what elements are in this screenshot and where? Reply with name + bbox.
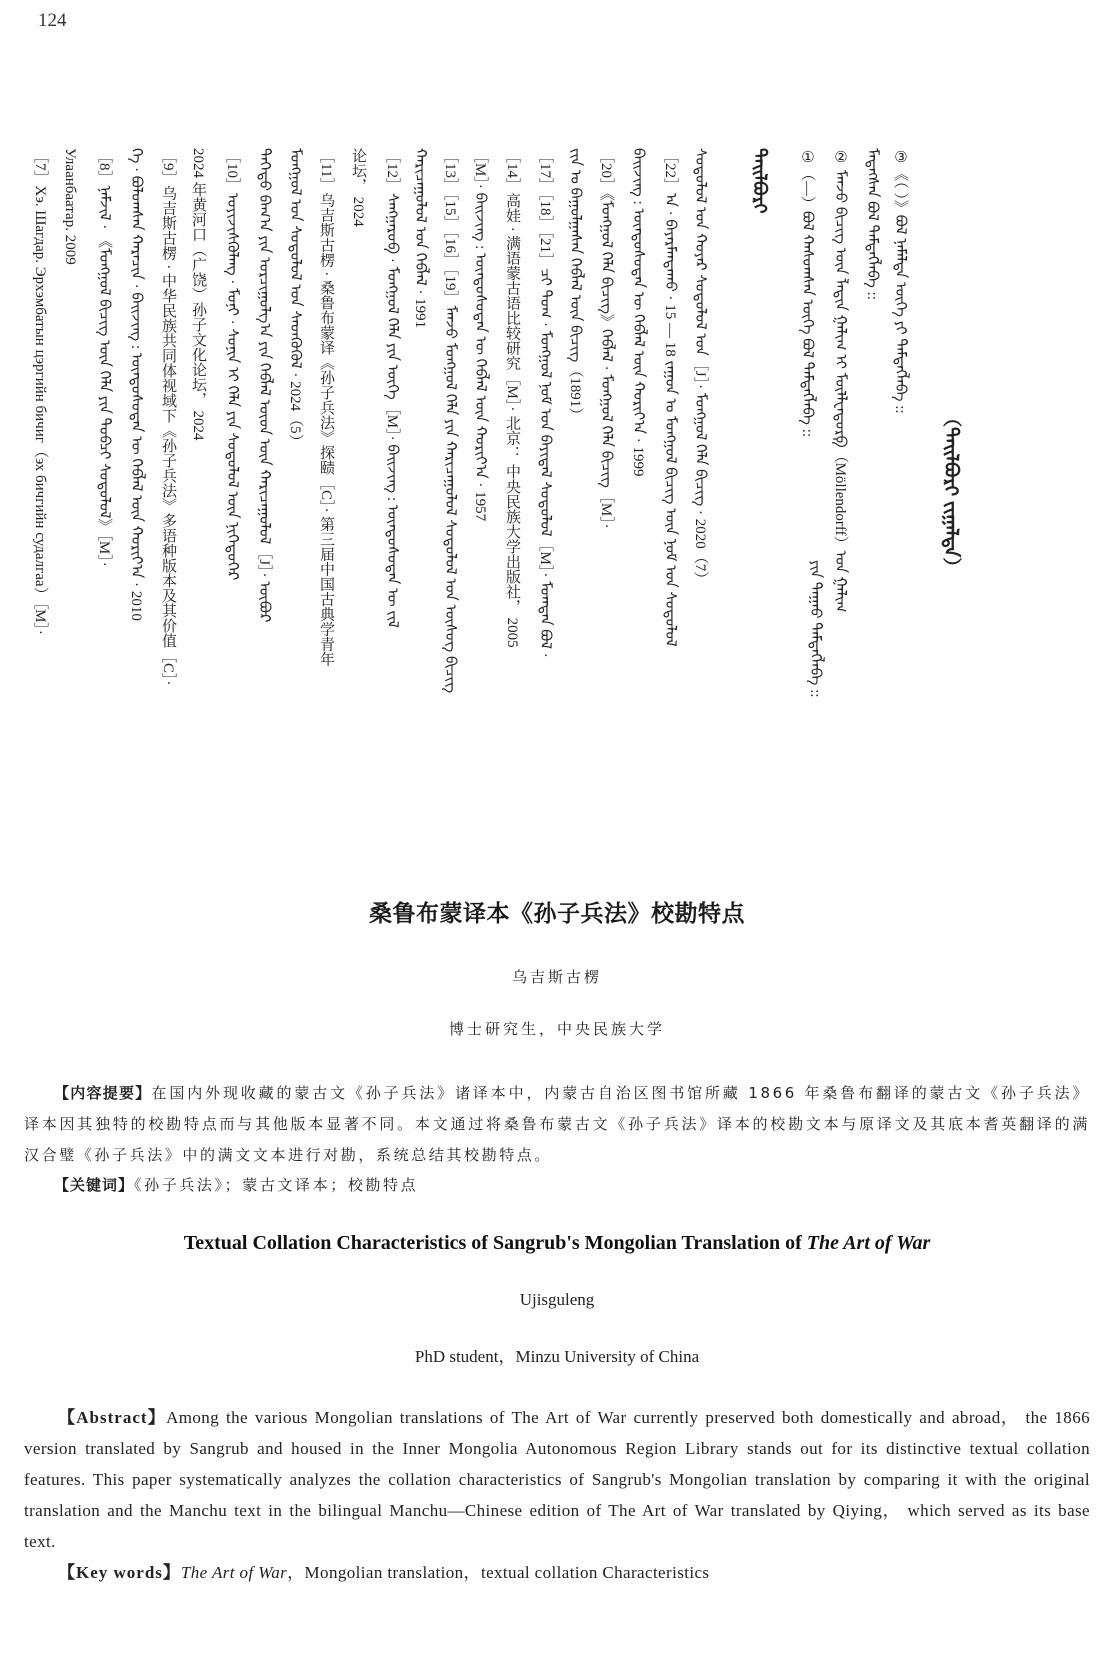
reference-13: ［13］［15］［16］［19］ᠮᠠᠨᠵᠤ ᠮᠣᠩᠭᠣᠯ ᠬᠡᠯᠡ ᠶᠢᠨ ᠬᠠ… (440, 148, 460, 693)
reference-12-line2: ᠬᠠᠷᠢᠴᠠᠭᠤᠯᠤᠯ ᠤᠨ ᠬᠡᠪᠯᠡᠯ · 1991 (410, 148, 430, 328)
notes-heading: ᠲᠠᠢᠯᠪᠤᠷᠢ (750, 148, 770, 214)
reference-20: ［20］《ᠮᠣᠩᠭᠣᠯ ᠬᠡᠯᠡ ᠪᠢᠴᠢᠭ》ᠬᠡᠪᠯᠡᠯ · ᠮᠣᠩᠭᠣᠯ ᠬ… (596, 148, 616, 529)
article-title-english-main: Textual Collation Characteristics of San… (184, 1232, 807, 1254)
reference-7-line2: Улаанбаатар. 2009 (60, 148, 80, 265)
reference-7: ［7］Хэ. Шагдар. Эрхэмбатын цэргийн бичиг（… (30, 148, 50, 635)
reference-22-line1: ᠰᠤᠳᠤᠯᠤᠯ ᠤᠨ ᠬᠣᠶᠠᠷ ᠰᠣᠳᠤᠯᠤᠯ ᠤᠨ［J］· ᠮᠣᠩᠭᠣᠯ ᠬ… (690, 148, 710, 586)
article-title-english-italic: The Art of War (807, 1232, 931, 1254)
section-heading-vertical: （ᠲᠠᠢᠯᠪᠤᠷᠢ ᠵᠢᠭᠠᠯᠲᠠ） (940, 408, 960, 576)
reference-17: ［17］［18］［21］ᠴᠢ ᠲᠤᠭ · ᠮᠣᠩᠭᠣᠯ ᠨᠣᠮ ᠤᠨ ᠪᠠᠶᠢᠳ… (535, 148, 555, 658)
note-2-continued: ᠶᠢᠨ ᠳᠠᠭᠠᠤ ᠲᠡᠮᠳᠡᠭᠯᠡᠪᠡ :: (805, 560, 825, 697)
keywords-label-english: 【Key words】 (58, 1563, 181, 1582)
vertical-references-block: （ᠲᠠᠢᠯᠪᠤᠷᠢ ᠵᠢᠭᠠᠯᠲᠠ） ③《（ ）》ᠪᠣᠯ ᠨᠡᠮᠡᠯᠲᠡ ᠦᠭᠡ… (0, 0, 1114, 840)
reference-8: ［8］ᠨᠠᠮᠵᠢᠯ · 《ᠮᠣᠩᠭᠣᠯ ᠪᠢᠴᠢᠭ ᠦᠨ ᠬᠡᠯᠡ ᠶᠢᠨ ᠲᠣ… (94, 148, 114, 567)
reference-11-line2: 论坛， 2024 (348, 148, 368, 227)
article-title-english: Textual Collation Characteristics of San… (0, 1232, 1114, 1255)
reference-14: ［14］高娃 · 满语蒙古语比较研究［M］· 北京： 中央民族大学出版社， 20… (502, 148, 522, 648)
abstract-text-english: Among the various Mongolian translations… (24, 1408, 1090, 1551)
abstract-text-chinese: 在国内外现收藏的蒙古文《孙子兵法》诸译本中，内蒙古自治区图书馆所藏 1866 年… (24, 1084, 1090, 1164)
reference-22: ［22］ᠠ · ᠪᠠᠶᠠᠷᠮᠠᠨᠳᠠᠬᠤ · 15 — 18 ᠵᠠᠭᠤᠨ ᠤ ᠮ… (660, 148, 680, 647)
abstract-label-chinese: 【内容提要】 (54, 1084, 152, 1102)
note-3-continued: ᠮᠡᠳᠡᠭᠰᠡᠨ ᠪᠣᠯ ᠲᠡᠮᠳᠡᠭᠯᠡᠪᠡ :: (862, 148, 882, 300)
keywords-text-chinese: 《孙子兵法》；蒙古文译本；校勘特点 (134, 1176, 418, 1194)
reference-20-line2: ᠪᠡᠢᠵᠢᠩ : ᠦᠨᠳᠦᠰᠦᠲᠡᠨ ᠦ ᠬᠡᠪᠯᠡᠯ ᠦᠨ ᠬᠣᠷᠢᠶ᠎ᠠ ·… (628, 148, 648, 477)
note-1: ①（—）ᠪᠣᠯ ᠬᠠᠰᠤᠭᠰᠠᠨ ᠦᠭᠡ ᠪᠣᠯ ᠲᠡᠮᠳᠡᠭᠯᠡᠪᠡ :: (797, 148, 817, 437)
author-affiliation-english: PhD student，Minzu University of China (0, 1342, 1114, 1367)
abstract-chinese: 【内容提要】在国内外现收藏的蒙古文《孙子兵法》诸译本中，内蒙古自治区图书馆所藏 … (24, 1078, 1090, 1171)
note-2: ② ᠮᠠᠨᠵᠤ ᠪᠢᠴᠢᠭ ᠦᠨ ᠯᠠᠲᠢᠨ ᠭᠠᠯᠢᠭ ᠢ ᠮᠥᠯᠯᠧᠨᠳᠣᠷ… (830, 148, 850, 612)
reference-11: ［11］乌吉斯古楞 · 桑鲁布蒙译《孙子兵法》探赜［C］· 第三届中国古典学青年 (316, 148, 336, 666)
reference-9: ［9］乌吉斯古楞 · 中华民族共同体视域下《孙子兵法》多语种版本及其价值［C］· (158, 148, 178, 686)
note-3: ③《（ ）》ᠪᠣᠯ ᠨᠡᠮᠡᠯᠲᠡ ᠦᠭᠡ ᠶᠢ ᠲᠡᠮᠳᠡᠭᠯᠡᠪᠡ :: (890, 148, 910, 414)
reference-8-line2: ᠬᠡ · ᠪᠣᠯᠤᠭᠰᠠᠨ ᠬᠠᠷᠠᠴᠢᠨ · ᠪᠡᠢᠵᠢᠩ : ᠦᠨᠳᠦᠰᠦᠲ… (126, 148, 146, 621)
article-title-chinese: 桑鲁布蒙译本《孙子兵法》校勘特点 (0, 895, 1114, 928)
abstract-english: 【Abstract】Among the various Mongolian tr… (24, 1402, 1090, 1557)
reference-12: ［12］ᠰᠠᠩᠭᠠᠷᠤᠪ · ᠮᠣᠩᠭᠣᠯ ᠬᠡᠯᠡ ᠶᠢᠨ ᠦᠭᠡ［M］· ᠪ… (382, 148, 402, 628)
reference-10-line2: ᠳᠡᠭᠡᠳᠦ ᠪᠠᠭ᠎ᠠ ᠶᠢᠨ ᠣᠷᠴᠢᠭᠤᠯᠭ᠎ᠠ ᠶᠢᠨ ᠬᠡᠪᠯᠡᠯ ᠦ… (254, 148, 274, 623)
keywords-chinese: 【关键词】《孙子兵法》；蒙古文译本；校勘特点 (24, 1170, 1090, 1201)
author-affiliation-chinese: 博士研究生，中央民族大学 (0, 1018, 1114, 1039)
reference-9-line2: 2024 年黄河口（广饶）孙子文化论坛， 2024 (188, 148, 208, 441)
keywords-english-italic: The Art of War (181, 1563, 287, 1582)
keywords-english-rest: ，Mongolian translation，textual collation… (287, 1563, 709, 1582)
reference-13-line2: ［M］· ᠪᠡᠢᠵᠢᠩ : ᠦᠨᠳᠦᠰᠦᠲᠡᠨ ᠦ ᠬᠡᠪᠯᠡᠯ ᠦᠨ ᠬᠣᠷᠢ… (470, 148, 490, 521)
reference-10: ［10］ᠤᠶᠢᠵᠢᠰᠭᠦᠯᠡᠩ · ᠮᠤᠨᠢ · ᠰᠣᠨᠢᠨ ᠢ ᠬᠡᠯᠡ ᠶᠢ… (222, 148, 242, 580)
reference-10-line3: ᠮᠣᠩᠭᠣᠯ ᠤᠨ ᠰᠤᠳᠤᠯᠤᠯ ᠤᠨ ᠰᠡᠳᠬᠦᠭᠦᠯ · 2024（5） (285, 148, 305, 449)
reference-17-line2: ᠵᠢᠨ ᠤ ᠪᠠᠭᠤᠯᠭᠠᠰᠠᠨ ᠬᠡᠪᠯᠡᠯ ᠦᠨ ᠪᠢᠴᠢᠭ（1891） (565, 148, 585, 422)
keywords-english: 【Key words】The Art of War，Mongolian tran… (24, 1557, 1090, 1588)
author-name-english: Ujisguleng (0, 1290, 1114, 1310)
author-name-chinese: 乌吉斯古楞 (0, 966, 1114, 987)
keywords-label-chinese: 【关键词】 (54, 1176, 134, 1194)
abstract-label-english: 【Abstract】 (58, 1408, 166, 1427)
